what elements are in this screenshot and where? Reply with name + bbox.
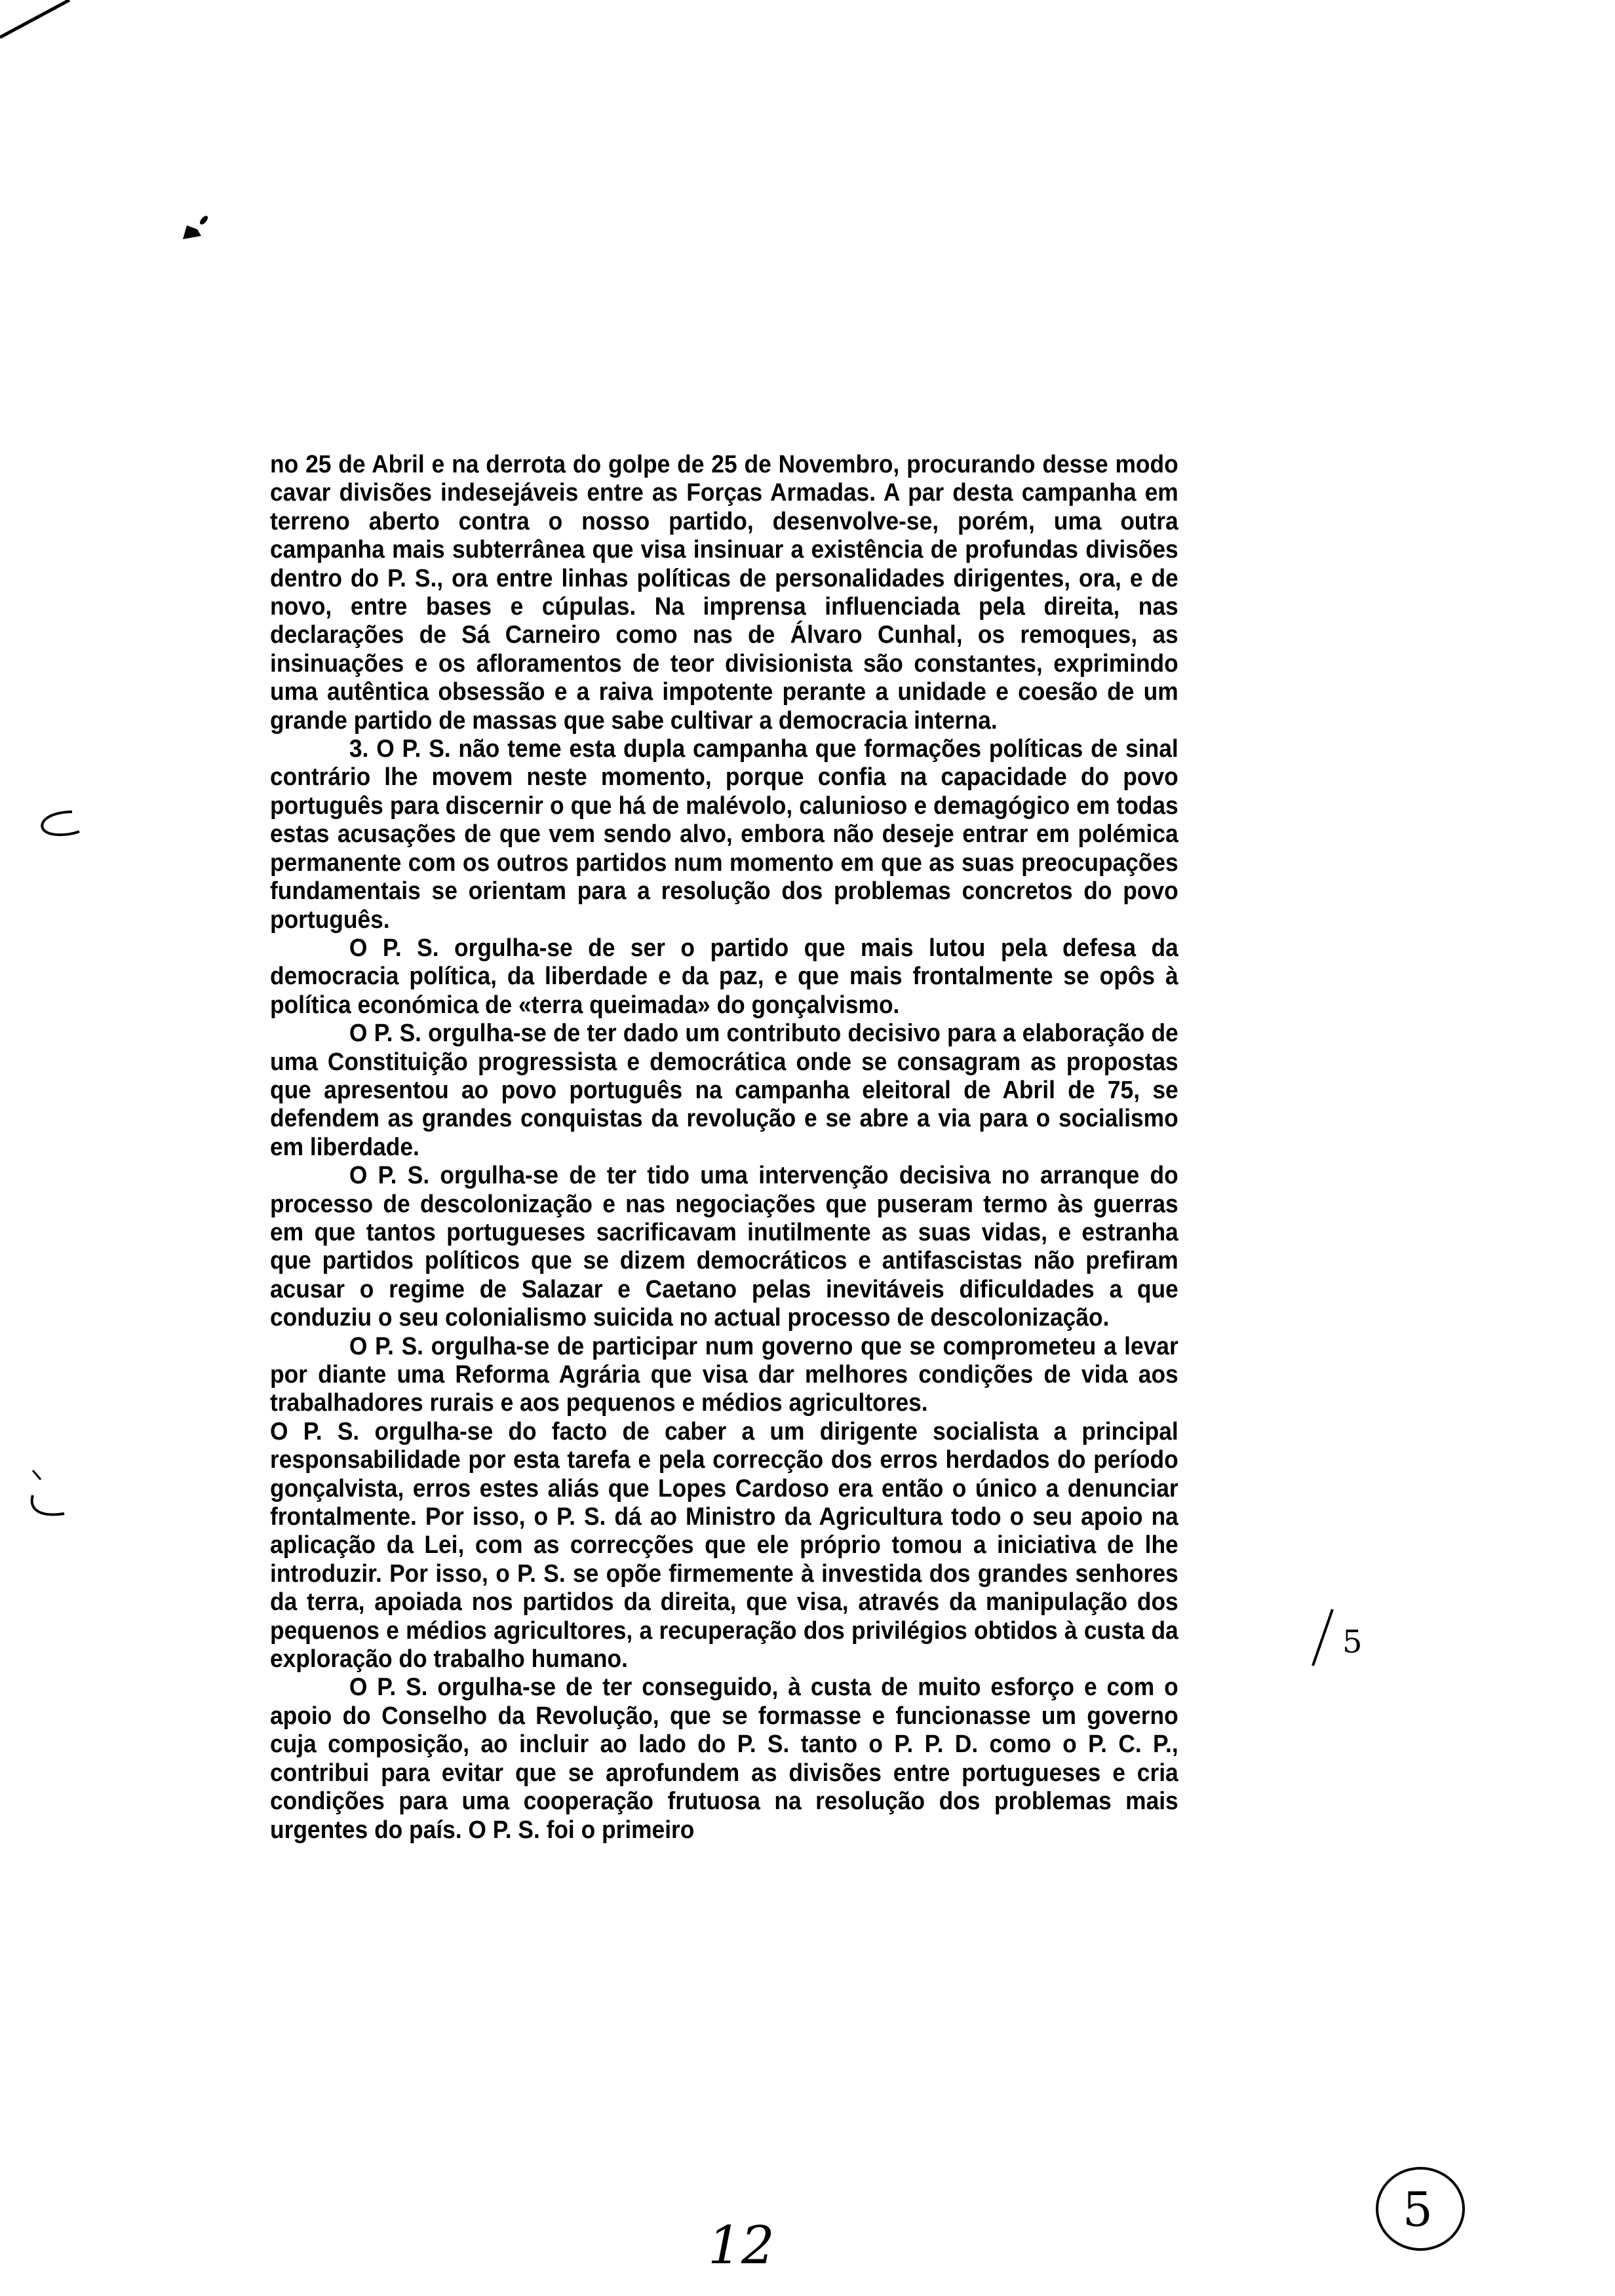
paragraph: O P. S. orgulha-se do facto de caber a u… [270,1418,1178,1674]
scanned-page: no 25 de Abril e na derrota do golpe de … [0,0,1615,2296]
paragraph: no 25 de Abril e na derrota do golpe de … [270,451,1178,735]
paragraph: 3. O P. S. não teme esta dupla campanha … [270,735,1178,934]
paragraph: O P. S. orgulha-se de ter tido uma inter… [270,1162,1178,1332]
ink-blot [180,210,213,242]
paragraph: O P. S. orgulha-se de participar num gov… [270,1333,1178,1418]
paragraph: O P. S. orgulha-se de ter dado um contri… [270,1020,1178,1162]
paragraph: O P. S. orgulha-se de ter conseguido, à … [270,1674,1178,1844]
margin-annotation-number: 5 [1342,1624,1363,1660]
paragraph: O P. S. orgulha-se de ser o partido que … [270,934,1178,1020]
handwritten-folio-number: 12 [708,2215,775,2276]
margin-annotation-slash [1311,1605,1337,1671]
scan-stroke-top-left [0,0,79,46]
margin-bracket-mark [26,1468,72,1527]
document-body: no 25 de Abril e na derrota do golpe de … [270,451,1178,1845]
circled-page-number: 5 [1403,2182,1433,2237]
margin-bracket-mark [36,809,88,849]
